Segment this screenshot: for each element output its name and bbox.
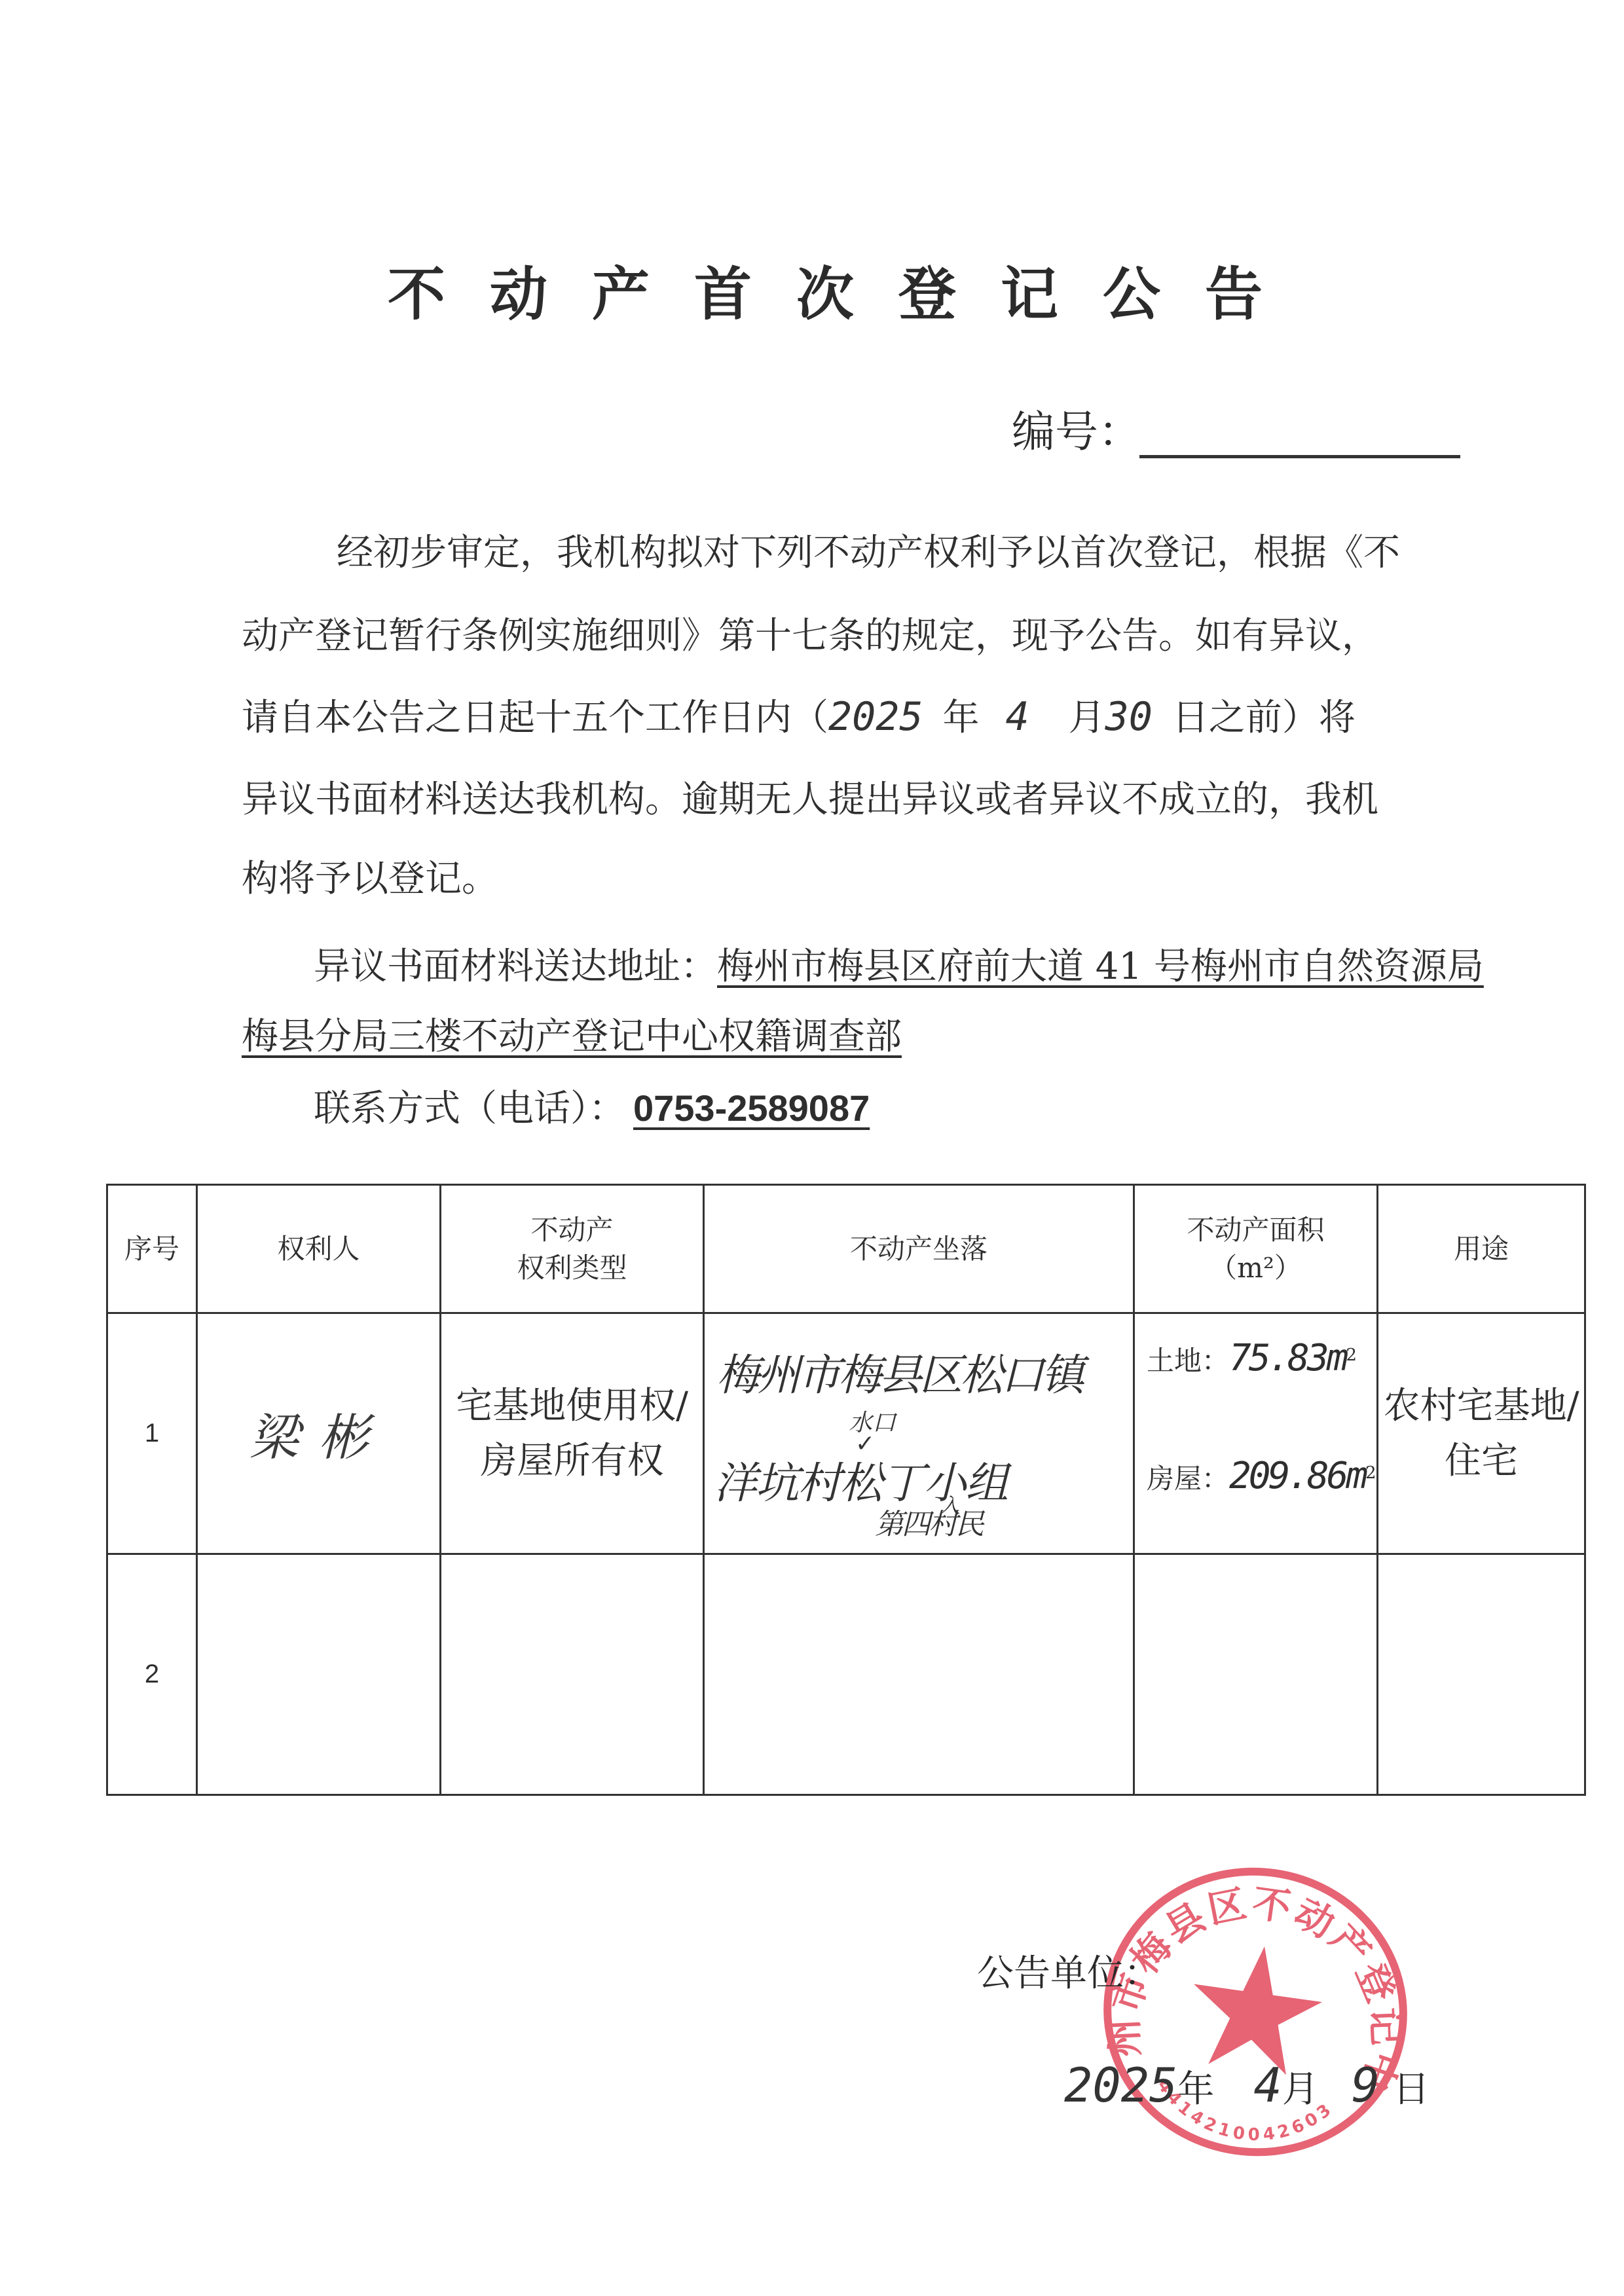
address-line-1: 异议书面材料送达地址：梅州市梅县区府前大道 41 号梅州市自然资源局 xyxy=(314,941,1484,993)
row-use xyxy=(1378,1554,1585,1795)
body-line-4: 异议书面材料送达我机构。逾期无人提出异议或者异议不成立的，我机 xyxy=(242,774,1378,826)
registration-table: 序号 权利人 不动产 权利类型 不动产坐落 不动产面积 （m²） 用途 1 梁彬… xyxy=(106,1184,1586,1796)
title-char: 动 xyxy=(489,262,549,327)
body-line-5: 构将予以登记。 xyxy=(242,853,498,905)
issue-date: 2025年4月9日 xyxy=(1064,2059,1430,2116)
row-index: 1 xyxy=(107,1313,197,1554)
address-label: 异议书面材料送达地址： xyxy=(314,945,717,988)
issue-month-unit: 月 xyxy=(1282,2068,1319,2111)
row-right-type xyxy=(441,1554,704,1795)
land-area-unit-sup: 2 xyxy=(1346,1345,1357,1365)
row-holder xyxy=(197,1554,441,1795)
title-char: 记 xyxy=(999,262,1060,327)
house-area-unit-sup: 2 xyxy=(1365,1463,1376,1483)
address-value-part1: 梅州市梅县区府前大道 41 号梅州市自然资源局 xyxy=(717,945,1484,988)
location-line3: 第四村民 xyxy=(875,1501,982,1542)
issue-day-unit: 日 xyxy=(1393,2068,1430,2111)
contact-phone: 0753-2589087 xyxy=(633,1087,870,1129)
issue-year-unit: 年 xyxy=(1177,2068,1214,2111)
header-right-type-line1: 不动产 xyxy=(441,1211,703,1249)
deadline-suffix: 日之前）将 xyxy=(1172,697,1356,739)
deadline-year-unit: 年 xyxy=(943,697,980,739)
land-area-value: 75.83m xyxy=(1229,1337,1346,1379)
objection-deadline-prefix: 请自本公告之日起十五个工作日内（ xyxy=(242,697,828,739)
row-use: 农村宅基地/住宅 xyxy=(1378,1313,1585,1554)
title-char: 登 xyxy=(897,262,957,327)
location-line1: 梅州市梅县区松口镇 xyxy=(716,1340,1082,1402)
address-value-part2: 梅县分局三楼不动产登记中心权籍调查部 xyxy=(242,1015,902,1058)
issue-day: 9 xyxy=(1352,2058,1380,2113)
title-char: 产 xyxy=(591,262,651,327)
page-title: 不 动 产 首 次 登 记 公 告 xyxy=(386,262,1264,327)
row-index: 2 xyxy=(107,1554,197,1795)
house-area-value: 209.86m xyxy=(1229,1455,1365,1497)
deadline-day: 30 xyxy=(1105,694,1153,740)
header-location: 不动产坐落 xyxy=(704,1185,1134,1313)
contact-label: 联系方式（电话）： xyxy=(314,1087,625,1130)
row-holder-handwritten: 梁彬 xyxy=(197,1313,441,1554)
official-seal-icon: 梅州市梅县区不动产登记中心 4414210042603 xyxy=(1078,1842,1432,2183)
header-right-type-line2: 权利类型 xyxy=(441,1249,703,1287)
row-area xyxy=(1134,1554,1378,1795)
title-char: 首 xyxy=(693,262,753,327)
deadline-month: 4 xyxy=(1006,694,1029,740)
address-line-2: 梅县分局三楼不动产登记中心权籍调查部 xyxy=(242,1011,902,1063)
header-area-line2: （m²） xyxy=(1135,1249,1376,1287)
body-line-2: 动产登记暂行条例实施细则》第十七条的规定，现予公告。如有异议， xyxy=(242,610,1378,663)
deadline-month-unit: 月 xyxy=(1069,697,1105,739)
header-holder: 权利人 xyxy=(197,1185,441,1313)
house-area-label: 房屋： xyxy=(1147,1463,1229,1495)
title-char: 告 xyxy=(1204,262,1264,327)
issue-month: 4 xyxy=(1253,2058,1282,2113)
row-area: 土地：75.83m2 房屋：209.86m2 xyxy=(1134,1313,1378,1554)
table-row: 1 梁彬 宅基地使用权/房屋所有权 梅州市梅县区松口镇 水口 ✓ 洋坑村松丁小组… xyxy=(107,1313,1585,1554)
issue-year: 2025 xyxy=(1064,2058,1177,2113)
title-char: 次 xyxy=(795,262,855,327)
row-right-type: 宅基地使用权/房屋所有权 xyxy=(441,1313,704,1554)
house-area: 房屋：209.86m2 xyxy=(1147,1455,1376,1497)
header-area-line1: 不动产面积 xyxy=(1135,1211,1376,1249)
header-index: 序号 xyxy=(107,1185,197,1313)
issuer-label: 公告单位： xyxy=(977,1951,1160,1997)
header-use: 用途 xyxy=(1378,1185,1585,1313)
deadline-year: 2025 xyxy=(828,694,923,740)
table-row: 2 xyxy=(107,1554,1585,1795)
header-right-type: 不动产 权利类型 xyxy=(441,1185,704,1313)
title-char: 公 xyxy=(1101,262,1162,327)
contact-line: 联系方式（电话）：0753-2589087 xyxy=(314,1082,870,1135)
table-header-row: 序号 权利人 不动产 权利类型 不动产坐落 不动产面积 （m²） 用途 xyxy=(107,1185,1585,1313)
body-line-3: 请自本公告之日起十五个工作日内（2025年4月30日之前）将 xyxy=(242,691,1356,743)
title-char: 不 xyxy=(386,262,447,327)
serial-number-label: 编号： xyxy=(1012,406,1141,458)
land-area: 土地：75.83m2 xyxy=(1147,1337,1357,1379)
header-area: 不动产面积 （m²） xyxy=(1134,1185,1378,1313)
row-location xyxy=(704,1554,1134,1795)
serial-number-blank xyxy=(1139,455,1460,458)
row-location-handwritten: 梅州市梅县区松口镇 水口 ✓ 洋坑村松丁小组 入 第四村民 xyxy=(704,1313,1134,1554)
land-area-label: 土地： xyxy=(1147,1345,1229,1377)
body-line-1: 经初步审定，我机构拟对下列不动产权利予以首次登记，根据《不 xyxy=(337,527,1400,579)
